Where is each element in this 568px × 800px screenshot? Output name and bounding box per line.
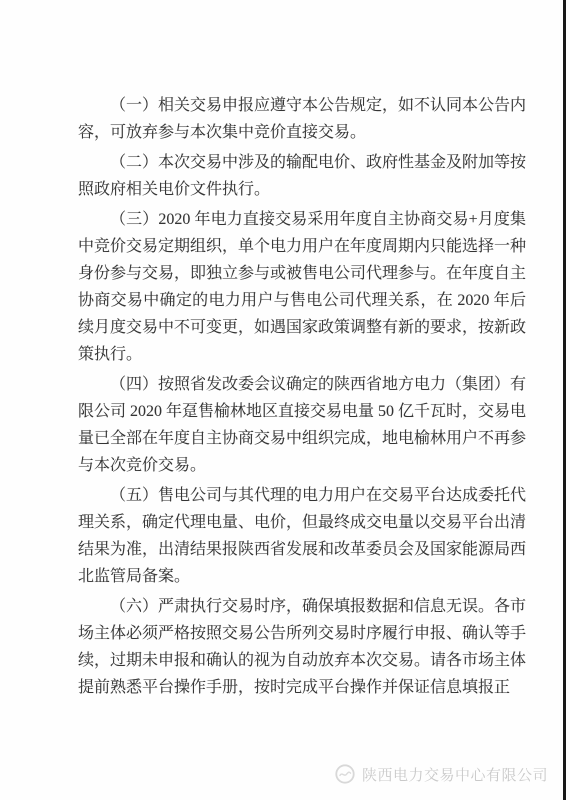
clause-2: （二）本次交易中涉及的输配电价、政府性基金及附加等按照政府相关电价文件执行。 [78, 149, 526, 203]
company-name: 陕西电力交易中心有限公司 [362, 764, 548, 785]
clause-5: （五）售电公司与其代理的电力用户在交易平台达成委托代理关系，确定代理电量、电价，… [78, 482, 526, 590]
clause-6: （六）严肃执行交易时序，确保填报数据和信息无误。各市场主体必须严格按照交易公告所… [78, 593, 526, 701]
scan-edge-line [563, 0, 566, 800]
document-body: （一）相关交易申报应遵守本公告规定，如不认同本公告内容，可放弃参与本次集中竞价直… [78, 92, 526, 704]
document-page: （一）相关交易申报应遵守本公告规定，如不认同本公告内容，可放弃参与本次集中竞价直… [0, 0, 568, 800]
clause-4: （四）按照省发改委会议确定的陕西省地方电力（集团）有限公司 2020 年趸售榆林… [78, 371, 526, 479]
watermark-footer: 陕西电力交易中心有限公司 [334, 763, 548, 785]
clause-1: （一）相关交易申报应遵守本公告规定，如不认同本公告内容，可放弃参与本次集中竞价直… [78, 92, 526, 146]
power-trading-center-logo-icon [334, 763, 356, 785]
clause-3: （三）2020 年电力直接交易采用年度自主协商交易+月度集中竞价交易定期组织，单… [78, 206, 526, 368]
